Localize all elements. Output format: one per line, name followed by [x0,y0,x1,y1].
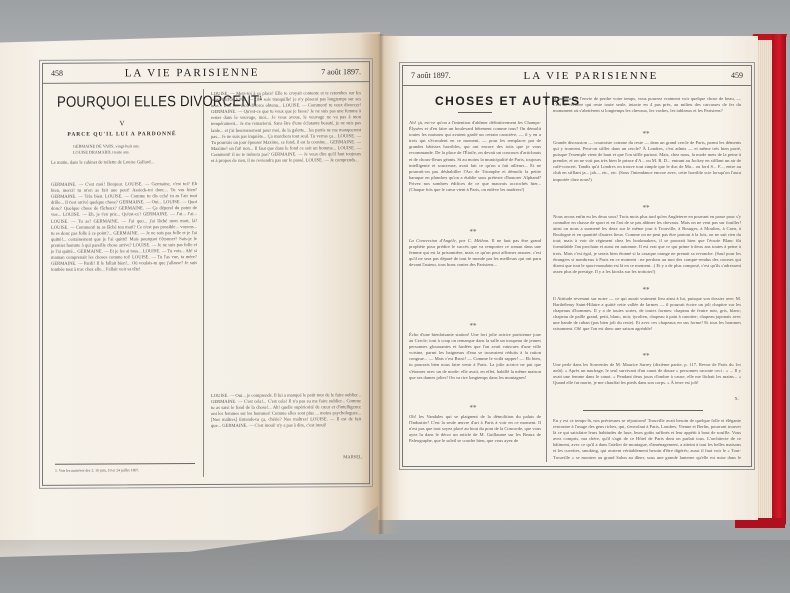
station-echo-text: Écho d'une bienfaisante station! Une for… [409,332,541,398]
book-review-text: La Conversion d'Angèle, par C. Méthon. I… [409,238,541,318]
stage-direction: Le matin, dans le cabinet de toilette de… [51,159,197,180]
left-page-header: 458 LA VIE PARISIENNE 7 août 1897. [43,62,369,84]
left-column-text: GERMAINE. — C'est moi! Bonjour. LOUISE. … [51,181,197,462]
right-column-text: LOUISE. — Mets-toi à sa place! Elle te c… [211,90,361,391]
column-rule [546,92,547,462]
right-column-closing: LOUISE. — Oui... je comprends. Il lui a … [211,392,361,453]
racing-text: Nous avons enfin eu les deux sous! Trois… [553,214,741,282]
separator: ** [551,352,741,360]
whistling-text: Grande discussion — courtoisie comme du … [553,140,741,202]
separator: ** [403,228,543,236]
ornament-rule [583,410,703,411]
hats-text: Il Attitude revenant sur notre — ce qui … [553,296,741,352]
characters-list: GERMAINE DE VARS, vingt-huit ans. LOUISE… [73,143,193,158]
running-title: LA VIE PARISIENNE [523,70,658,82]
column-rule [203,89,204,477]
page-number: 459 [731,71,743,80]
right-column-text: la fantaisie et l'envie de perdre votre … [553,96,741,126]
right-page-header: 7 août 1897. LA VIE PARISIENNE 459 [403,66,751,86]
separator: ** [403,404,543,412]
quote-text: Une perle dans les Souvenirs de M. Mauri… [553,362,741,398]
separator: ** [551,130,741,138]
footnote: 1. Voir les numéros des 3, 10 juin, 10 e… [55,467,201,476]
left-column-text: Ah! çà, est-ce qu'on a l'intention d'abî… [409,120,541,228]
separator: ** [551,204,741,212]
issue-date: 7 août 1897. [411,71,451,80]
issue-date: 7 août 1897. [321,67,361,76]
vandals-text: Oh! les Vandales qui se plaignent de la … [409,414,541,452]
footnote-rule [55,463,195,465]
left-page-frame: 458 LA VIE PARISIENNE 7 août 1897. POURQ… [42,61,370,486]
running-title: LA VIE PARISIENNE [125,66,260,79]
signature: MARSEL. [323,454,363,462]
section-title: PARCE QU'IL LUI A PARDONNÉ [43,131,201,138]
section-number: V [43,119,201,128]
signature: X. [703,396,739,404]
hotel-text: En y est ce temps-là, nos précieuses se … [553,418,741,460]
open-book: 458 LA VIE PARISIENNE 7 août 1897. POURQ… [0,0,790,593]
separator: ** [551,286,741,294]
separator: ** [403,322,543,330]
title-rule [458,112,492,113]
table-surface-shadow [0,540,790,593]
right-page-frame: 7 août 1897. LA VIE PARISIENNE 459 CHOSE… [402,65,752,467]
book-cover-red [772,34,786,526]
page-number: 458 [51,69,63,78]
